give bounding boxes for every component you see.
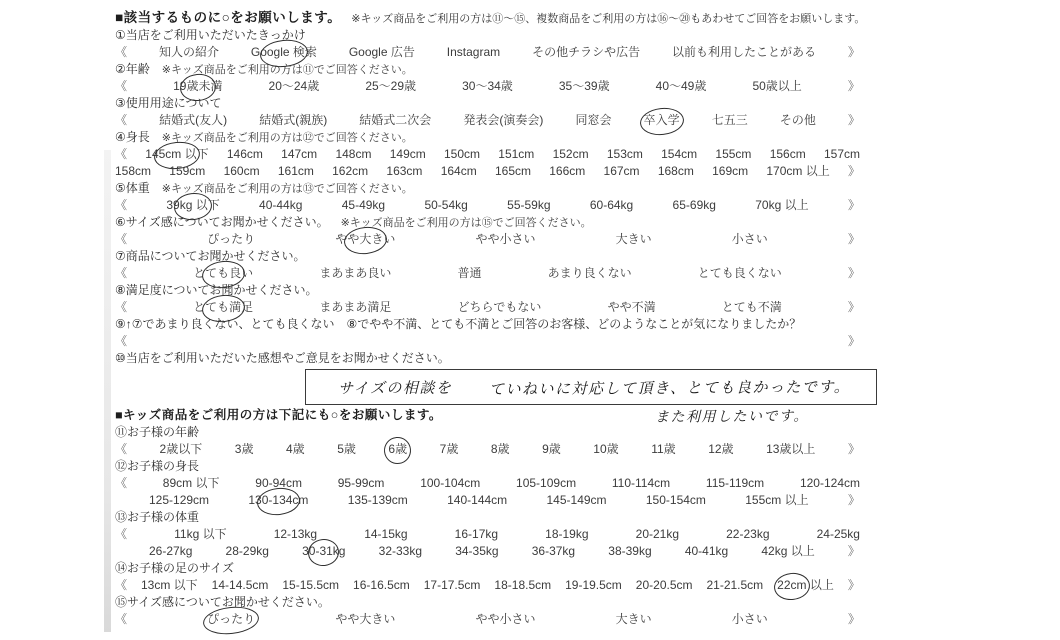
close-bracket-icon: 》 — [848, 333, 860, 350]
option: 89cm 以下 — [163, 475, 220, 492]
option: ぴったり — [207, 231, 255, 248]
option: 155cm — [715, 146, 751, 163]
option: 159cm — [169, 163, 205, 180]
option: 60-64kg — [590, 197, 633, 214]
comment-area: サイズの相談をていねいに対応して頂き、とても良かったです。また利用したいです。 — [115, 369, 1060, 405]
option-row: 158cm159cm160cm161cm162cm163cm164cm165cm… — [115, 163, 860, 180]
option: 6歳 — [388, 441, 407, 458]
option: 155cm 以上 — [745, 492, 808, 509]
option: 105-109cm — [516, 475, 576, 492]
option: 28-29kg — [226, 543, 269, 560]
option: 13cm 以下 — [141, 577, 198, 594]
question-title: ①当店をご利用いただいたきっかけ — [115, 27, 1060, 44]
question-number: ⑧ — [115, 283, 126, 297]
option: 161cm — [278, 163, 314, 180]
close-bracket-icon: 》 — [848, 231, 860, 248]
option: 135-139cm — [348, 492, 408, 509]
open-bracket-icon: 《 — [115, 526, 127, 543]
option: 16-17kg — [455, 526, 498, 543]
option: ぴったり — [207, 611, 255, 628]
option: 151cm — [498, 146, 534, 163]
option: 同窓会 — [576, 112, 612, 129]
option: 19-19.5cm — [565, 577, 622, 594]
option: 25～29歳 — [365, 78, 416, 95]
option: 結婚式(親族) — [259, 112, 327, 129]
option: やや小さい — [475, 611, 535, 628]
question-number: ② — [115, 62, 126, 76]
option: 16-16.5cm — [353, 577, 410, 594]
option: やや不満 — [608, 299, 656, 316]
option: 125-129cm — [149, 492, 209, 509]
section1-header-note: ※キッズ商品をご利用の方は⑪～⑮、複数商品をご利用の方は⑯～⑳もあわせてご回答を… — [351, 13, 865, 25]
survey-page: ■該当するものに○をお願いします。※キッズ商品をご利用の方は⑪～⑮、複数商品をご… — [0, 0, 1060, 640]
option: 22cm 以上 — [777, 577, 834, 594]
option: 157cm — [824, 146, 860, 163]
question-number: ① — [115, 28, 126, 42]
section1-header: ■該当するものに○をお願いします。※キッズ商品をご利用の方は⑪～⑮、複数商品をご… — [115, 8, 1060, 27]
option: 7歳 — [440, 441, 459, 458]
option: 50-54kg — [424, 197, 467, 214]
option: 40～49歳 — [656, 78, 707, 95]
option: 4歳 — [286, 441, 305, 458]
option: 150cm — [444, 146, 480, 163]
option: とても良くない — [698, 265, 782, 282]
option: 20-21kg — [636, 526, 679, 543]
question-text: 身長 — [126, 130, 150, 144]
open-bracket-icon: 《 — [115, 231, 127, 248]
question-number: ⑫ — [115, 459, 127, 473]
question-title: ⑫お子様の身長 — [115, 458, 1060, 475]
option: 21-21.5cm — [706, 577, 763, 594]
question-text: 商品についてお聞かせください。 — [126, 249, 306, 263]
option: 42kg 以上 — [761, 543, 814, 560]
option: 大きい — [616, 611, 652, 628]
option: 小さい — [732, 611, 768, 628]
question-title: ⑩当店をご利用いただいた感想やご意見をお聞かせください。 — [115, 350, 1060, 367]
option: 14-15kg — [364, 526, 407, 543]
open-bracket-icon: 《 — [115, 44, 127, 61]
option: 以前も利用したことがある — [672, 44, 816, 61]
option: 40-41kg — [685, 543, 728, 560]
option: とても良い — [193, 265, 253, 282]
question-title: ⑤体重※キッズ商品をご利用の方は⑬でご回答ください。 — [115, 180, 1060, 197]
question-title: ⑭お子様の足のサイズ — [115, 560, 1060, 577]
option: 140-144cm — [447, 492, 507, 509]
option: 5歳 — [337, 441, 356, 458]
close-bracket-icon: 》 — [848, 441, 860, 458]
option: 154cm — [661, 146, 697, 163]
option: 167cm — [604, 163, 640, 180]
option: 35～39歳 — [559, 78, 610, 95]
option-row: 《11kg 以下12-13kg14-15kg16-17kg18-19kg20-2… — [115, 526, 860, 543]
open-bracket-icon: 《 — [115, 78, 127, 95]
option-row: 《39kg 以下40-44kg45-49kg50-54kg55-59kg60-6… — [115, 197, 860, 214]
option-row: 《とても良いまあまあ良い普通あまり良くないとても良くない》 — [115, 265, 860, 282]
open-bracket-icon: 《 — [115, 265, 127, 282]
close-bracket-icon: 》 — [848, 163, 860, 180]
handwritten-comment-part2: ていねいに対応して頂き、とても良かったです。 — [489, 375, 850, 399]
option: その他チラシや広告 — [532, 44, 640, 61]
option-row: 《ぴったりやや大きいやや小さい大きい小さい》 — [115, 611, 860, 628]
question-text: 当店をご利用いただいた感想やご意見をお聞かせください。 — [126, 351, 450, 365]
option: 20～24歳 — [269, 78, 320, 95]
option: 39kg 以下 — [166, 197, 219, 214]
option: 小さい — [732, 231, 768, 248]
option: 卒入学 — [644, 112, 680, 129]
option: 11歳 — [651, 441, 675, 458]
option: 163cm — [386, 163, 422, 180]
option: 14-14.5cm — [212, 577, 269, 594]
question-title: ⑬お子様の体重 — [115, 509, 1060, 526]
option: まあまあ満足 — [319, 299, 391, 316]
open-bracket-icon: 《 — [115, 146, 127, 163]
option: 34-35kg — [455, 543, 498, 560]
open-bracket-icon: 《 — [115, 475, 127, 492]
question-title: ④身長※キッズ商品をご利用の方は⑫でご回答ください。 — [115, 129, 1060, 146]
question-number: ⑨ — [115, 317, 126, 331]
question-title: ⑦商品についてお聞かせください。 — [115, 248, 1060, 265]
option: どちらでもない — [458, 299, 542, 316]
option: とても満足 — [193, 299, 253, 316]
section2-header-title: ■キッズ商品をご利用の方は下記にも○をお願いします。 — [115, 408, 442, 422]
open-bracket-icon: 《 — [115, 577, 127, 594]
option: 148cm — [335, 146, 371, 163]
option-row: 125-129cm130-134cm135-139cm140-144cm145-… — [115, 492, 860, 509]
question-title: ⑮サイズ感についてお聞かせください。 — [115, 594, 1060, 611]
option: 18-19kg — [545, 526, 588, 543]
open-bracket-icon: 《 — [115, 299, 127, 316]
option: 40-44kg — [259, 197, 302, 214]
option: その他 — [780, 112, 816, 129]
option: 2歳以下 — [160, 441, 203, 458]
option: 20-20.5cm — [636, 577, 693, 594]
open-bracket-icon: 《 — [115, 112, 127, 129]
option: Google 広告 — [349, 44, 415, 61]
option: 110-114cm — [612, 475, 670, 492]
question-number: ⑩ — [115, 351, 126, 365]
option: 知人の紹介 — [159, 44, 219, 61]
question-number: ⑪ — [115, 425, 127, 439]
handwritten-comment-line2: また利用したいです。 — [655, 405, 809, 426]
question-text: お子様の身長 — [127, 459, 199, 473]
option: 152cm — [553, 146, 589, 163]
option: 17-17.5cm — [424, 577, 481, 594]
option: 146cm — [227, 146, 263, 163]
option-row: 《19歳未満20～24歳25～29歳30～34歳35～39歳40～49歳50歳以… — [115, 78, 860, 95]
option: 130-134cm — [248, 492, 308, 509]
question-text: 体重 — [126, 181, 150, 195]
close-bracket-icon: 》 — [848, 112, 860, 129]
open-bracket-icon: 《 — [115, 441, 127, 458]
question-number: ④ — [115, 130, 126, 144]
open-bracket-icon: 《 — [115, 197, 127, 214]
option: 19歳未満 — [173, 78, 222, 95]
close-bracket-icon: 》 — [848, 197, 860, 214]
option: 13歳以上 — [766, 441, 815, 458]
option: 70kg 以上 — [755, 197, 808, 214]
option: 38-39kg — [608, 543, 651, 560]
option-row: 《2歳以下3歳4歳5歳6歳7歳8歳9歳10歳11歳12歳13歳以上》 — [115, 441, 860, 458]
option: 大きい — [616, 231, 652, 248]
option: 26-27kg — [149, 543, 192, 560]
option: あまり良くない — [548, 265, 632, 282]
option: やや大きい — [335, 611, 395, 628]
close-bracket-icon: 》 — [848, 78, 860, 95]
option: 165cm — [495, 163, 531, 180]
option: やや小さい — [475, 231, 535, 248]
option: 164cm — [441, 163, 477, 180]
question-number: ⑮ — [115, 595, 127, 609]
question-text: お子様の年齢 — [127, 425, 199, 439]
option: まあまあ良い — [319, 265, 391, 282]
option: Google 検索 — [251, 44, 317, 61]
question-title: ⑥サイズ感についてお聞かせください。※キッズ商品をご利用の方は⑮でご回答ください… — [115, 214, 1060, 231]
option: 12歳 — [708, 441, 733, 458]
option-row: 《13cm 以下14-14.5cm15-15.5cm16-16.5cm17-17… — [115, 577, 860, 594]
option: 18-18.5cm — [494, 577, 551, 594]
option: 発表会(演奏会) — [463, 112, 543, 129]
option: 55-59kg — [507, 197, 550, 214]
option: 100-104cm — [420, 475, 480, 492]
option: 65-69kg — [673, 197, 716, 214]
question-number: ⑦ — [115, 249, 126, 263]
handwritten-comment-part1: サイズの相談を — [338, 376, 452, 398]
question-number: ⑥ — [115, 215, 126, 229]
question-title: ②年齢※キッズ商品をご利用の方は⑪でご回答ください。 — [115, 61, 1060, 78]
option-row: 《》 — [115, 333, 860, 350]
option: 32-33kg — [379, 543, 422, 560]
section2-questions: ⑪お子様の年齢《2歳以下3歳4歳5歳6歳7歳8歳9歳10歳11歳12歳13歳以上… — [115, 424, 1060, 628]
option: 120-124cm — [800, 475, 860, 492]
option: 170cm 以上 — [766, 163, 829, 180]
question-number: ③ — [115, 96, 126, 110]
question-title: ③使用用途について — [115, 95, 1060, 112]
option: 95-99cm — [338, 475, 385, 492]
option: 普通 — [457, 265, 481, 282]
option: 145cm 以下 — [145, 146, 208, 163]
option: 150-154cm — [646, 492, 706, 509]
option: 30～34歳 — [462, 78, 513, 95]
question-note: ※キッズ商品をご利用の方は⑫でご回答ください。 — [162, 132, 413, 144]
option-row: 《ぴったりやや大きいやや小さい大きい小さい》 — [115, 231, 860, 248]
option: 168cm — [658, 163, 694, 180]
option-row: 《89cm 以下90-94cm95-99cm100-104cm105-109cm… — [115, 475, 860, 492]
option: 15-15.5cm — [282, 577, 339, 594]
option-row: 《145cm 以下146cm147cm148cm149cm150cm151cm1… — [115, 146, 860, 163]
question-text: お子様の足のサイズ — [127, 561, 234, 575]
option-row: 26-27kg28-29kg30-31kg32-33kg34-35kg36-37… — [115, 543, 860, 560]
question-text: サイズ感についてお聞かせください。 — [126, 215, 329, 229]
option-row: 《とても満足まあまあ満足どちらでもないやや不満とても不満》 — [115, 299, 860, 316]
option: 115-119cm — [706, 475, 764, 492]
question-number: ⑭ — [115, 561, 127, 575]
option: 11kg 以下 — [174, 526, 226, 543]
close-bracket-icon: 》 — [848, 492, 860, 509]
option: 24-25kg — [817, 526, 860, 543]
option: 156cm — [770, 146, 806, 163]
section1-questions: ①当店をご利用いただいたきっかけ《知人の紹介Google 検索Google 広告… — [115, 27, 1060, 405]
option-row: 《知人の紹介Google 検索Google 広告Instagramその他チラシや… — [115, 44, 860, 61]
option: 169cm — [712, 163, 748, 180]
option: 9歳 — [542, 441, 561, 458]
option: 45-49kg — [342, 197, 385, 214]
question-note: ※キッズ商品をご利用の方は⑮でご回答ください。 — [341, 217, 592, 229]
option: 30-31kg — [302, 543, 345, 560]
option: 147cm — [281, 146, 317, 163]
question-title: ⑪お子様の年齢 — [115, 424, 1060, 441]
option: 22-23kg — [726, 526, 769, 543]
close-bracket-icon: 》 — [848, 299, 860, 316]
question-number: ⑬ — [115, 510, 127, 524]
option: 結婚式二次会 — [359, 112, 431, 129]
option: 158cm — [115, 163, 151, 180]
option: 8歳 — [491, 441, 510, 458]
option: 結婚式(友人) — [159, 112, 227, 129]
option: やや大きい — [335, 231, 395, 248]
open-bracket-icon: 《 — [115, 333, 127, 350]
option: 149cm — [390, 146, 426, 163]
question-number: ⑤ — [115, 181, 126, 195]
question-text: 年齢 — [126, 62, 150, 76]
question-title: ⑧満足度についてお聞かせください。 — [115, 282, 1060, 299]
option: 36-37kg — [532, 543, 575, 560]
option: 145-149cm — [547, 492, 607, 509]
option: 七五三 — [712, 112, 748, 129]
option: Instagram — [447, 44, 500, 61]
option: 10歳 — [593, 441, 618, 458]
option-row: 《結婚式(友人)結婚式(親族)結婚式二次会発表会(演奏会)同窓会卒入学七五三その… — [115, 112, 860, 129]
option: とても不満 — [722, 299, 782, 316]
comment-box: サイズの相談をていねいに対応して頂き、とても良かったです。 — [305, 369, 877, 405]
option: 162cm — [332, 163, 368, 180]
option: 166cm — [549, 163, 585, 180]
scan-edge-artifact — [104, 150, 111, 632]
close-bracket-icon: 》 — [848, 577, 860, 594]
option: 12-13kg — [274, 526, 317, 543]
close-bracket-icon: 》 — [848, 265, 860, 282]
section1-header-title: ■該当するものに○をお願いします。 — [115, 10, 341, 25]
option: 3歳 — [235, 441, 254, 458]
close-bracket-icon: 》 — [848, 543, 860, 560]
close-bracket-icon: 》 — [848, 44, 860, 61]
question-text: お子様の体重 — [127, 510, 199, 524]
question-title: ⑨↑⑦であまり良くない、とても良くない ⑧でやや不満、とても不満とご回答のお客様… — [115, 316, 1060, 333]
option: 160cm — [224, 163, 260, 180]
open-bracket-icon: 《 — [115, 611, 127, 628]
option: 50歳以上 — [752, 78, 801, 95]
section2-header: ■キッズ商品をご利用の方は下記にも○をお願いします。 — [115, 407, 1060, 424]
close-bracket-icon: 》 — [848, 611, 860, 628]
option: 153cm — [607, 146, 643, 163]
